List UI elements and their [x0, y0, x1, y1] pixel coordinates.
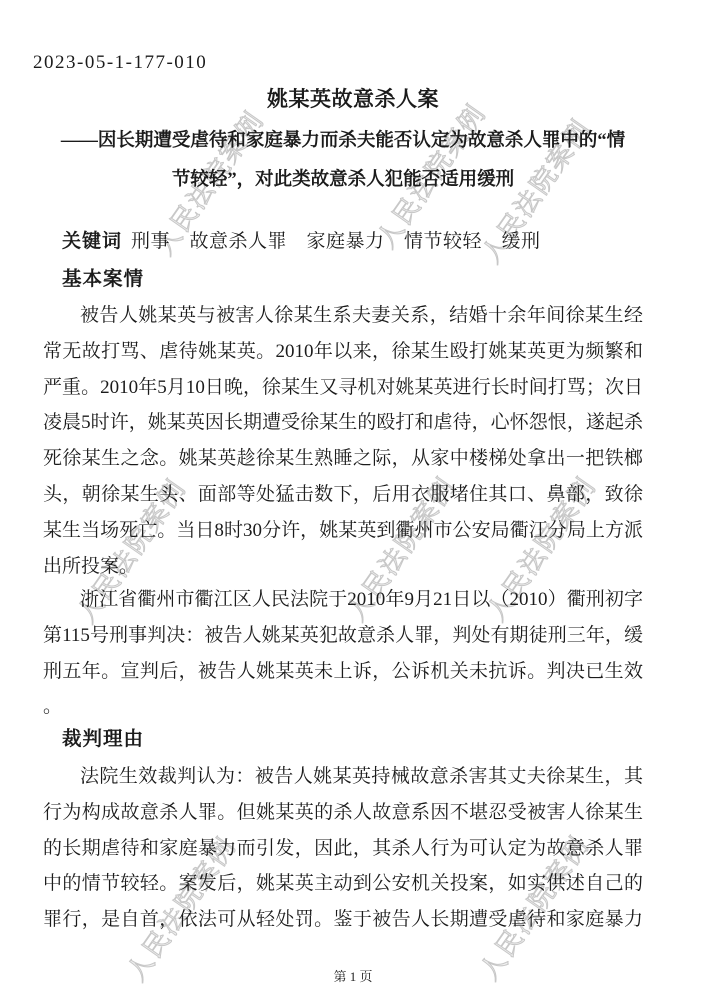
body-line: 浙江省衢州市衢江区人民法院于2010年9月21日以（2010）衢刑初字: [43, 582, 643, 618]
keywords-terms: 刑事 故意杀人罪 家庭暴力 情节较轻 缓刑: [131, 231, 541, 252]
page-number-footer: 第 1 页: [0, 966, 706, 985]
case-title: 姚某英故意杀人案: [43, 83, 663, 113]
case-subtitle: ——因长期遭受虐待和家庭暴力而杀夫能否认定为故意杀人罪中的“情 节较轻”，对此类…: [43, 122, 643, 200]
section-heading-basic-facts: 基本案情: [62, 267, 144, 291]
body-line: 中的情节较轻。案发后，姚某英主动到公安机关投案，如实供述自己的: [43, 866, 643, 902]
body-line: 头，朝徐某生头、面部等处猛击数下，后用衣服堵住其口、鼻部，致徐: [43, 477, 643, 513]
paragraph-basic-facts-1: 被告人姚某英与被害人徐某生系夫妻关系，结婚十余年间徐某生经常无故打骂、虐待姚某英…: [43, 298, 643, 584]
body-line: 的长期虐待和家庭暴力而引发，因此，其杀人行为可认定为故意杀人罪: [43, 831, 643, 867]
document-page: 人民法院案例人民法院案例人民法院案例人民法院案例人民法院案例人民法院案例人民法院…: [0, 0, 706, 999]
body-line: 罪行，是自首，依法可从轻处罚。鉴于被告人长期遭受虐待和家庭暴力: [43, 902, 643, 938]
paragraph-basic-facts-2: 浙江省衢州市衢江区人民法院于2010年9月21日以（2010）衢刑初字第115号…: [43, 582, 643, 725]
body-line: 某生当场死亡。当日8时30分许，姚某英到衢州市公安局衢江分局上方派: [43, 513, 643, 549]
body-line: 被告人姚某英与被害人徐某生系夫妻关系，结婚十余年间徐某生经: [43, 298, 643, 334]
keywords-label: 关键词: [62, 231, 122, 252]
subtitle-line: 节较轻”，对此类故意杀人犯能否适用缓刑: [43, 161, 643, 200]
body-line: 死徐某生之念。姚某英趁徐某生熟睡之际，从家中楼梯处拿出一把铁榔: [43, 441, 643, 477]
body-line: 法院生效裁判认为：被告人姚某英持械故意杀害其丈夫徐某生，其: [43, 759, 643, 795]
body-line: 第115号刑事判决：被告人姚某英犯故意杀人罪，判处有期徒刑三年，缓: [43, 618, 643, 654]
body-line: 凌晨5时许，姚某英因长期遭受徐某生的殴打和虐待，心怀怨恨，遂起杀: [43, 405, 643, 441]
paragraph-reasoning-1: 法院生效裁判认为：被告人姚某英持械故意杀害其丈夫徐某生，其行为构成故意杀人罪。但…: [43, 759, 643, 938]
case-number: 2023-05-1-177-010: [33, 52, 207, 74]
body-line: 刑五年。宣判后，被告人姚某英未上诉，公诉机关未抗诉。判决已生效: [43, 654, 643, 690]
document-content: 2023-05-1-177-010 姚某英故意杀人案 ——因长期遭受虐待和家庭暴…: [0, 0, 706, 999]
body-line: 行为构成故意杀人罪。但姚某英的杀人故意系因不堪忍受被害人徐某生: [43, 795, 643, 831]
keywords-line: 关键词刑事 故意杀人罪 家庭暴力 情节较轻 缓刑: [62, 229, 541, 254]
body-line: 严重。2010年5月10日晚，徐某生又寻机对姚某英进行长时间打骂；次日: [43, 370, 643, 406]
body-line: 。: [43, 689, 643, 725]
subtitle-line: ——因长期遭受虐待和家庭暴力而杀夫能否认定为故意杀人罪中的“情: [43, 122, 643, 161]
body-line: 常无故打骂、虐待姚某英。2010年以来，徐某生殴打姚某英更为频繁和: [43, 334, 643, 370]
section-heading-reasoning: 裁判理由: [62, 727, 144, 751]
body-line: 出所投案。: [43, 549, 643, 585]
